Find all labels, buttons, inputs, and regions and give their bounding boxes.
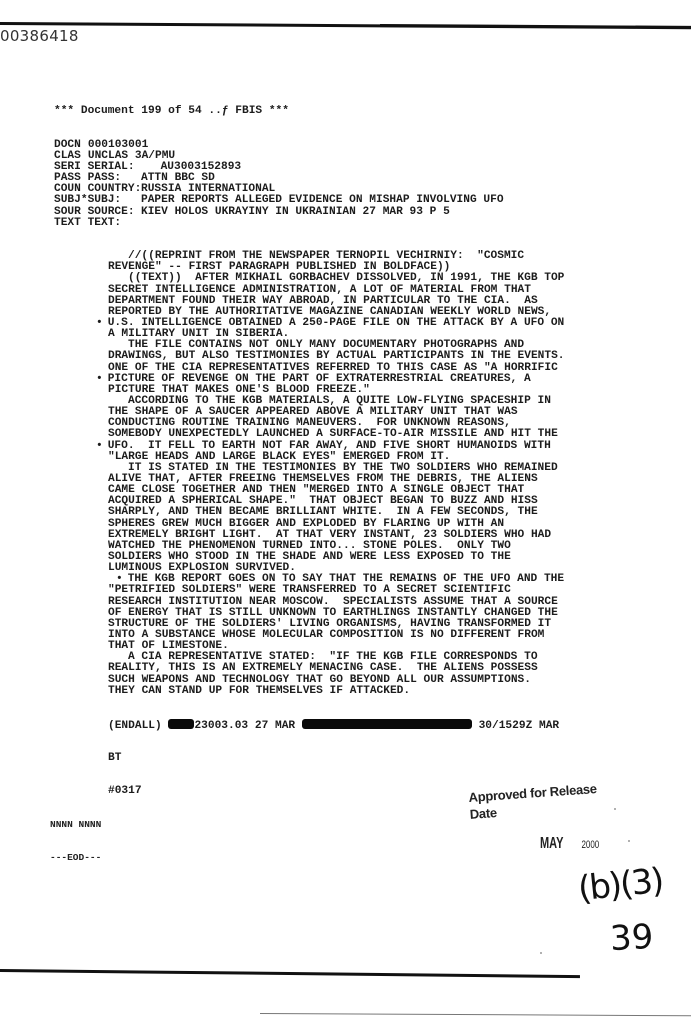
redaction-bar [168, 719, 194, 729]
stamp-year: 2000 [581, 838, 599, 851]
margin-bullet-icon: • [96, 440, 103, 452]
footer-nnnn: NNNN NNNN [50, 819, 101, 830]
endall-datetime: 23003.03 27 MAR [194, 720, 301, 732]
header-field: TEXT TEXT: [54, 218, 674, 229]
scan-speck [614, 808, 616, 810]
endall-line: (ENDALL) 23003.03 27 MAR 30/1529Z MAR [54, 719, 674, 730]
bottom-border-line [0, 969, 580, 978]
header-fields: DOCN000103001CLASUNCLAS 3A/PMUSERI SERIA… [54, 140, 674, 229]
document-id: 00386418 [0, 27, 79, 45]
stamp-month: MAY [540, 836, 563, 853]
handwritten-page-number: 39 [609, 917, 654, 959]
endall-prefix: (ENDALL) [108, 720, 168, 732]
margin-bullet-icon: • [96, 317, 103, 329]
body-paragraphs: //((REPRINT FROM THE NEWSPAPER TERNOPIL … [54, 251, 674, 697]
trailer-bt: BT [54, 753, 674, 764]
document-banner: *** Document 199 of 54 ..ƒ FBIS *** [54, 106, 674, 117]
margin-bullet-icon: • [116, 573, 123, 585]
header-field: SOUR SOURCE:KIEV HOLOS UKRAYINY IN UKRAI… [54, 207, 674, 218]
release-stamp-date: MAY2000 [540, 836, 599, 853]
bottom-faint-line [260, 1013, 691, 1016]
header-field-value: KIEV HOLOS UKRAYINY IN UKRAINIAN 27 MAR … [141, 206, 450, 218]
footer-eod: ---EOD--- [50, 852, 101, 863]
body-line: THEY CAN STAND UP FOR THEMSELVES IF ATTA… [54, 686, 674, 697]
end-of-document-footer: NNNN NNNN ---EOD--- [50, 797, 101, 874]
margin-bullet-icon: • [96, 373, 103, 385]
scan-speck [540, 952, 542, 954]
handwritten-exemption-code: (b)(3) [576, 861, 664, 910]
header-field-key: TEXT TEXT: [54, 218, 141, 229]
redaction-bar [302, 719, 472, 729]
header-field-key: SUBJ*SUBJ: [54, 195, 141, 206]
scan-speck [628, 840, 630, 842]
endall-suffix: 30/1529Z MAR [472, 720, 559, 732]
header-field: CLASUNCLAS 3A/PMU [54, 151, 674, 162]
cable-text: *** Document 199 of 54 ..ƒ FBIS *** DOCN… [54, 84, 674, 808]
body-line-text: THEY CAN STAND UP FOR THEMSELVES IF ATTA… [108, 685, 410, 697]
